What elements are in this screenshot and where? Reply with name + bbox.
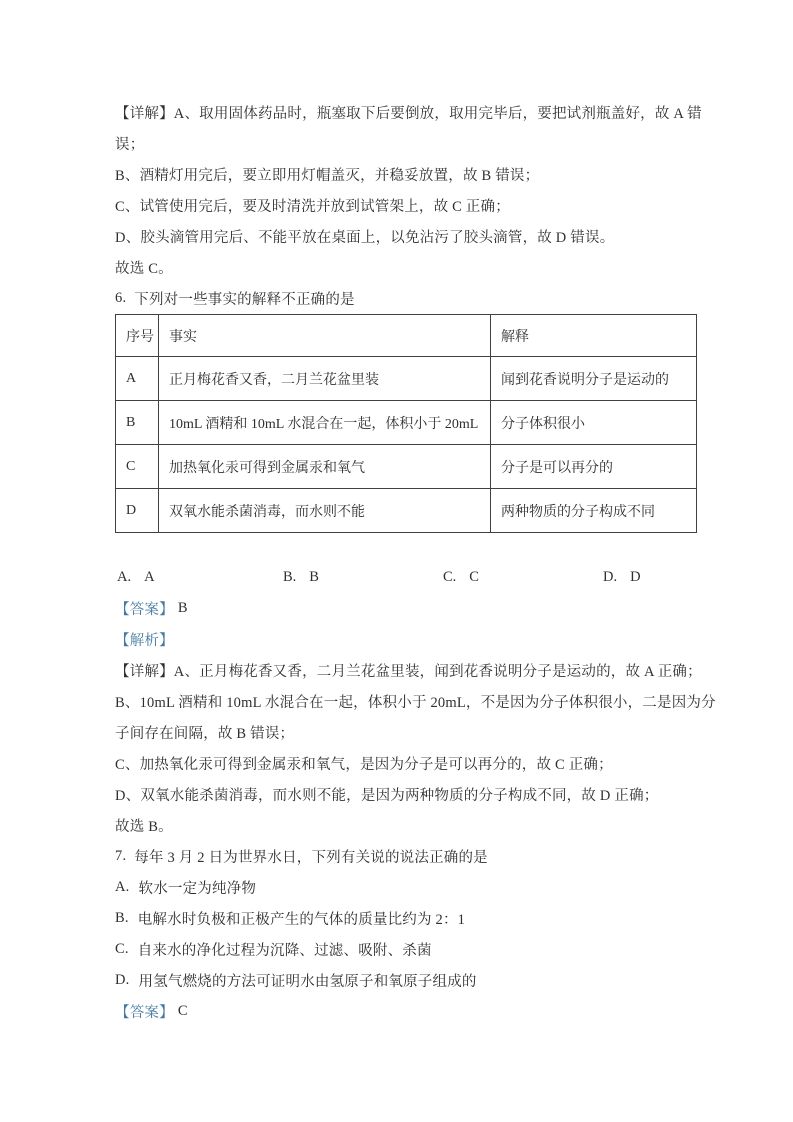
choice-label: B. bbox=[283, 569, 296, 586]
choice-value: C bbox=[469, 569, 479, 586]
question-7-title: 7. 每年 3 月 2 日为世界水日，下列有关说的说法正确的是 bbox=[115, 841, 696, 872]
choice-a: A. A bbox=[117, 562, 155, 593]
option-text: 自来水的净化过程为沉降、过滤、吸附、杀菌 bbox=[138, 939, 432, 960]
option-text: 软水一定为纯净物 bbox=[139, 877, 257, 898]
table-row: D 双氧水能杀菌消毒，而水则不能 两种物质的分子构成不同 bbox=[116, 489, 697, 533]
explanation-conclusion: 故选 B。 bbox=[115, 810, 696, 841]
row-fact: 加热氧化汞可得到金属汞和氧气 bbox=[159, 445, 491, 489]
choice-d: D. D bbox=[603, 562, 641, 593]
choice-c: C. C bbox=[443, 562, 479, 593]
row-label: A bbox=[116, 357, 159, 401]
row-explanation: 分子体积很小 bbox=[491, 401, 697, 445]
table-row: C 加热氧化汞可得到金属汞和氧气 分子是可以再分的 bbox=[116, 445, 697, 489]
choice-value: B bbox=[309, 569, 319, 586]
header-cell-index: 序号 bbox=[116, 315, 159, 357]
answer-value: B bbox=[178, 600, 188, 617]
choice-label: A. bbox=[117, 569, 131, 586]
choice-label: D. bbox=[603, 569, 617, 586]
header-cell-fact: 事实 bbox=[159, 315, 491, 357]
row-explanation: 分子是可以再分的 bbox=[491, 445, 697, 489]
table-row: B 10mL 酒精和 10mL 水混合在一起，体积小于 20mL 分子体积很小 bbox=[116, 401, 697, 445]
option-label: B. bbox=[115, 910, 129, 927]
analysis-label: 【解析】 bbox=[115, 629, 174, 650]
row-fact: 正月梅花香又香，二月兰花盆里装 bbox=[159, 357, 491, 401]
q7-option-a: A. 软水一定为纯净物 bbox=[115, 872, 696, 903]
option-text: 电解水时负极和正极产生的气体的质量比约为 2：1 bbox=[138, 908, 465, 929]
q6-fact-table: 序号 事实 解释 A 正月梅花香又香，二月兰花盆里装 闻到花香说明分子是运动的 … bbox=[115, 314, 697, 533]
q6-answer-line: 【答案】 B bbox=[115, 593, 696, 624]
explanation-line: 【详解】A、取用固体药品时，瓶塞取下后要倒放，取用完毕后，要把试剂瓶盖好，故 A… bbox=[115, 97, 696, 128]
question-text: 每年 3 月 2 日为世界水日，下列有关说的说法正确的是 bbox=[134, 846, 488, 867]
answer-label: 【答案】 bbox=[115, 1001, 174, 1022]
explanation-line: D、胶头滴管用完后、不能平放在桌面上，以免沾污了胶头滴管，故 D 错误。 bbox=[115, 221, 696, 252]
document-page: 【详解】A、取用固体药品时，瓶塞取下后要倒放，取用完毕后，要把试剂瓶盖好，故 A… bbox=[0, 0, 793, 1122]
explanation-line: 子间存在间隔，故 B 错误； bbox=[115, 717, 696, 748]
choice-value: A bbox=[144, 569, 154, 586]
row-explanation: 两种物质的分子构成不同 bbox=[491, 489, 697, 533]
q7-option-b: B. 电解水时负极和正极产生的气体的质量比约为 2：1 bbox=[115, 903, 696, 934]
answer-value: C bbox=[178, 1003, 188, 1020]
option-label: D. bbox=[115, 972, 130, 989]
explanation-conclusion: 故选 C。 bbox=[115, 252, 696, 283]
explanation-line: 误； bbox=[115, 128, 696, 159]
row-explanation: 闻到花香说明分子是运动的 bbox=[491, 357, 697, 401]
option-text: 用氢气燃烧的方法可证明水由氢原子和氧原子组成的 bbox=[139, 970, 477, 991]
q7-option-c: C. 自来水的净化过程为沉降、过滤、吸附、杀菌 bbox=[115, 934, 696, 965]
explanation-line: 【详解】A、正月梅花香又香，二月兰花盆里装，闻到花香说明分子是运动的，故 A 正… bbox=[115, 655, 696, 686]
q6-choices-row: A. A B. B C. C D. D bbox=[115, 562, 696, 593]
row-fact: 双氧水能杀菌消毒，而水则不能 bbox=[159, 489, 491, 533]
table-row: A 正月梅花香又香，二月兰花盆里装 闻到花香说明分子是运动的 bbox=[116, 357, 697, 401]
q7-option-d: D. 用氢气燃烧的方法可证明水由氢原子和氧原子组成的 bbox=[115, 965, 696, 996]
choice-value: D bbox=[630, 569, 640, 586]
row-fact: 10mL 酒精和 10mL 水混合在一起，体积小于 20mL bbox=[159, 401, 491, 445]
question-number: 6. bbox=[115, 290, 126, 307]
q6-explanation-block: 【详解】A、正月梅花香又香，二月兰花盆里装，闻到花香说明分子是运动的，故 A 正… bbox=[115, 655, 696, 841]
choice-label: C. bbox=[443, 569, 456, 586]
explanation-line: D、双氧水能杀菌消毒，而水则不能，是因为两种物质的分子构成不同，故 D 正确； bbox=[115, 779, 696, 810]
row-label: D bbox=[116, 489, 159, 533]
choice-b: B. B bbox=[283, 562, 319, 593]
row-label: C bbox=[116, 445, 159, 489]
option-label: A. bbox=[115, 879, 130, 896]
answer-label: 【答案】 bbox=[115, 598, 174, 619]
q7-answer-line: 【答案】 C bbox=[115, 996, 696, 1027]
question-6-title: 6. 下列对一些事实的解释不正确的是 bbox=[115, 283, 696, 314]
explanation-line: B、酒精灯用完后，要立即用灯帽盖灭，并稳妥放置，故 B 错误； bbox=[115, 159, 696, 190]
table-header-row: 序号 事实 解释 bbox=[116, 315, 697, 357]
question-text: 下列对一些事实的解释不正确的是 bbox=[134, 288, 355, 309]
option-label: C. bbox=[115, 941, 129, 958]
q5-explanation-block: 【详解】A、取用固体药品时，瓶塞取下后要倒放，取用完毕后，要把试剂瓶盖好，故 A… bbox=[115, 97, 696, 283]
explanation-line: C、加热氧化汞可得到金属汞和氧气，是因为分子是可以再分的，故 C 正确； bbox=[115, 748, 696, 779]
explanation-line: B、10mL 酒精和 10mL 水混合在一起，体积小于 20mL，不是因为分子体… bbox=[115, 686, 696, 717]
explanation-line: C、试管使用完后，要及时清洗并放到试管架上，故 C 正确； bbox=[115, 190, 696, 221]
header-cell-explanation: 解释 bbox=[491, 315, 697, 357]
q6-analysis-line: 【解析】 bbox=[115, 624, 696, 655]
question-number: 7. bbox=[115, 848, 126, 865]
row-label: B bbox=[116, 401, 159, 445]
